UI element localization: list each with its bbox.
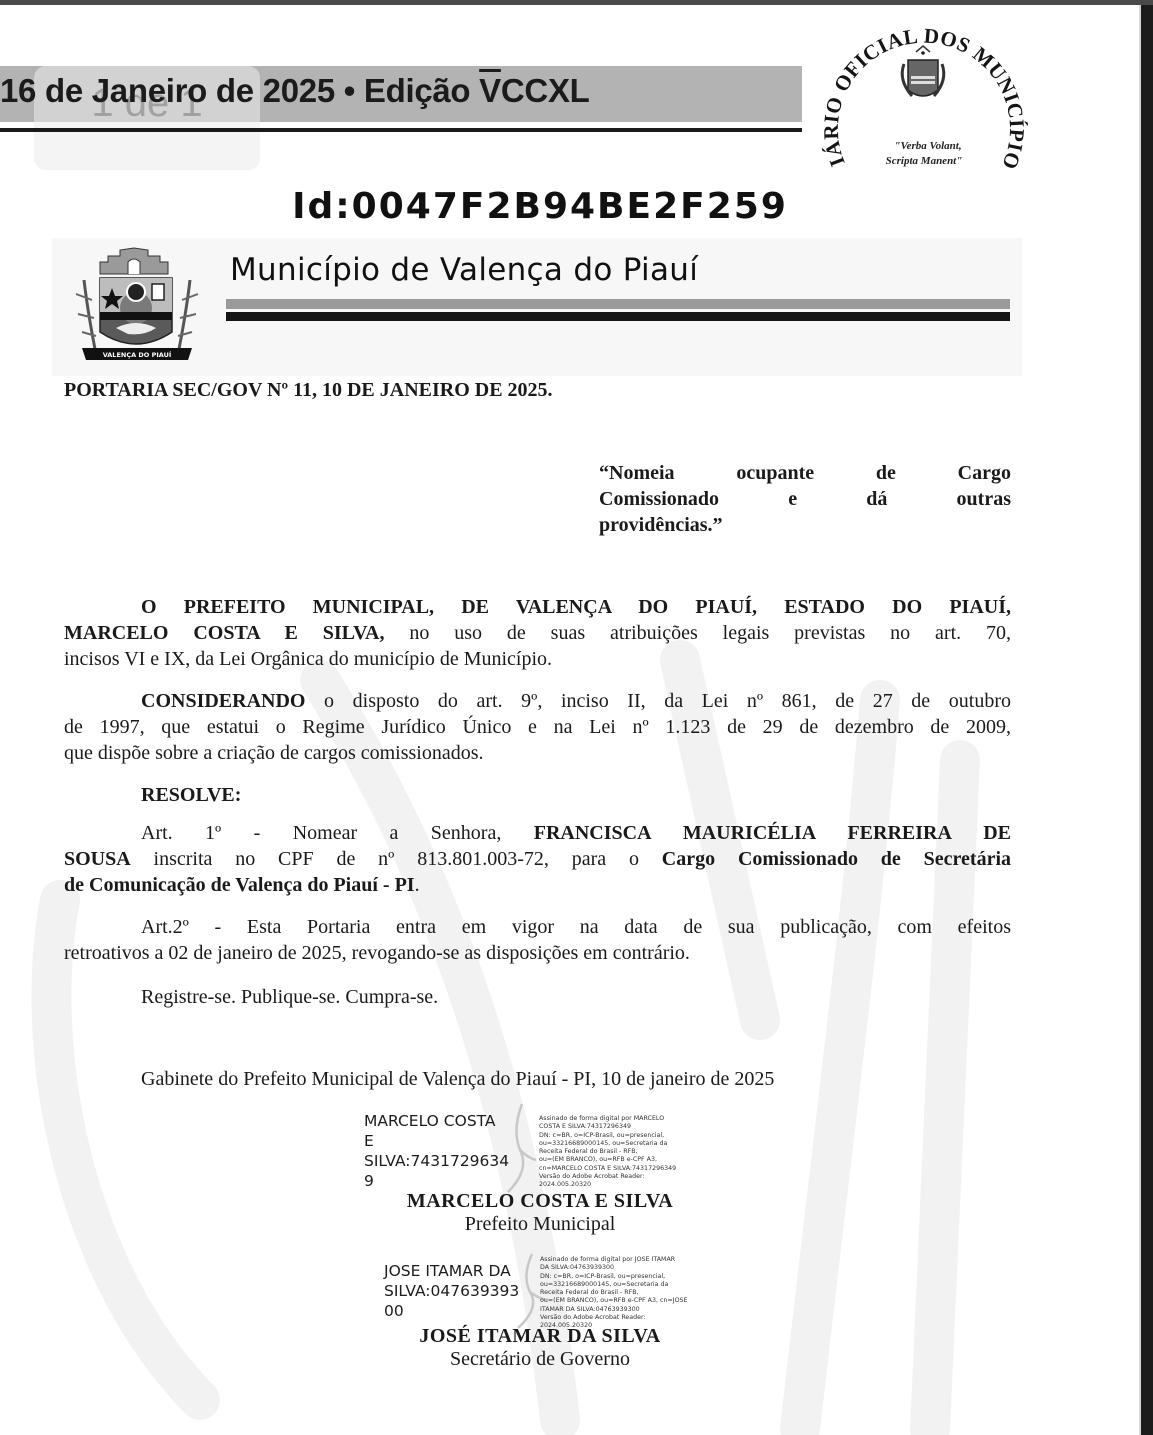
digital-signature-name-1[interactable]: MARCELO COSTA E SILVA:7431729634 9 xyxy=(364,1111,509,1191)
preamble-line: MARCELO COSTA E SILVA, no uso de suas at… xyxy=(64,620,1011,646)
ementa: “Nomeia ocupante de Cargo Comissionado e… xyxy=(599,460,1011,538)
signatory-2: JOSÉ ITAMAR DA SILVA Secretário de Gover… xyxy=(0,1325,1080,1371)
signatory-name: JOSÉ ITAMAR DA SILVA xyxy=(0,1325,1080,1348)
svg-text:VALENÇA DO PIAUÍ: VALENÇA DO PIAUÍ xyxy=(103,350,172,359)
article-2-line: Art.2º - Esta Portaria entra em vigor na… xyxy=(64,914,1011,940)
edition-rule xyxy=(0,128,802,132)
digital-signature-name-2[interactable]: JOSE ITAMAR DA SILVA:047639393 00 xyxy=(384,1261,519,1321)
signatory-role: Secretário de Governo xyxy=(0,1348,1080,1371)
portaria-title: PORTARIA SEC/GOV Nº 11, 10 DE JANEIRO DE… xyxy=(64,377,553,403)
place-and-date: Gabinete do Prefeito Municipal de Valenç… xyxy=(141,1066,774,1092)
svg-text:"Verba Volant,: "Verba Volant, xyxy=(894,140,961,152)
coat-of-arms-icon: VALENÇA DO PIAUÍ xyxy=(62,244,212,366)
viewer-scrollbar[interactable] xyxy=(1141,5,1153,1435)
considerando-line: CONSIDERANDO o disposto do art. 9º, inci… xyxy=(64,688,1011,714)
ementa-line: Comissionado e dá outras xyxy=(599,486,1011,512)
considerando-paragraph: CONSIDERANDO o disposto do art. 9º, inci… xyxy=(64,688,1011,766)
signatory-name: MARCELO COSTA E SILVA xyxy=(0,1190,1080,1213)
preamble-line: O PREFEITO MUNICIPAL, DE VALENÇA DO PIAU… xyxy=(64,594,1011,620)
ementa-line: providências.” xyxy=(599,512,1011,538)
article-1-line: de Comunicação de Valença do Piauí - PI. xyxy=(64,872,1011,898)
article-1-line: Art. 1º - Nomear a Senhora, FRANCISCA MA… xyxy=(64,820,1011,846)
article-1-line: SOUSA inscrita no CPF de nº 813.801.003-… xyxy=(64,846,1011,872)
resolve-heading: RESOLVE: xyxy=(141,782,241,808)
document-id: Id:0047F2B94BE2F259 xyxy=(0,186,1080,227)
considerando-line: de 1997, que estatui o Regime Jurídico Ú… xyxy=(64,714,1011,740)
article-2: Art.2º - Esta Portaria entra em vigor na… xyxy=(64,914,1011,966)
diario-oficial-seal-icon: DIÁRIO OFICIAL DOS MUNICÍPIOS "Verba Vol… xyxy=(818,0,1028,180)
municipality-name: Município de Valença do Piauí xyxy=(230,252,698,288)
digital-signature-details-1[interactable]: Assinado de forma digital por MARCELO CO… xyxy=(539,1115,676,1190)
ementa-line: “Nomeia ocupante de Cargo xyxy=(599,460,1011,486)
edition-date-heading: 16 de Janeiro de 2025 • Edição VCCXL xyxy=(0,72,590,110)
article-1: Art. 1º - Nomear a Senhora, FRANCISCA MA… xyxy=(64,820,1011,898)
article-2-line: retroativos a 02 de janeiro de 2025, rev… xyxy=(64,940,1011,966)
preamble-paragraph: O PREFEITO MUNICIPAL, DE VALENÇA DO PIAU… xyxy=(64,594,1011,672)
svg-text:Scripta Manent": Scripta Manent" xyxy=(886,155,963,167)
header-stripe-black xyxy=(226,312,1010,321)
preamble-line: incisos VI e IX, da Lei Orgânica do muni… xyxy=(64,646,1011,672)
closing-formula: Registre-se. Publique-se. Cumpra-se. xyxy=(141,984,438,1010)
header-stripe-gray xyxy=(226,299,1010,309)
digital-signature-details-2[interactable]: Assinado de forma digital por JOSE ITAMA… xyxy=(540,1256,688,1331)
signatory-role: Prefeito Municipal xyxy=(0,1213,1080,1236)
considerando-line: que dispõe sobre a criação de cargos com… xyxy=(64,740,1011,766)
signatory-1: MARCELO COSTA E SILVA Prefeito Municipal xyxy=(0,1190,1080,1236)
